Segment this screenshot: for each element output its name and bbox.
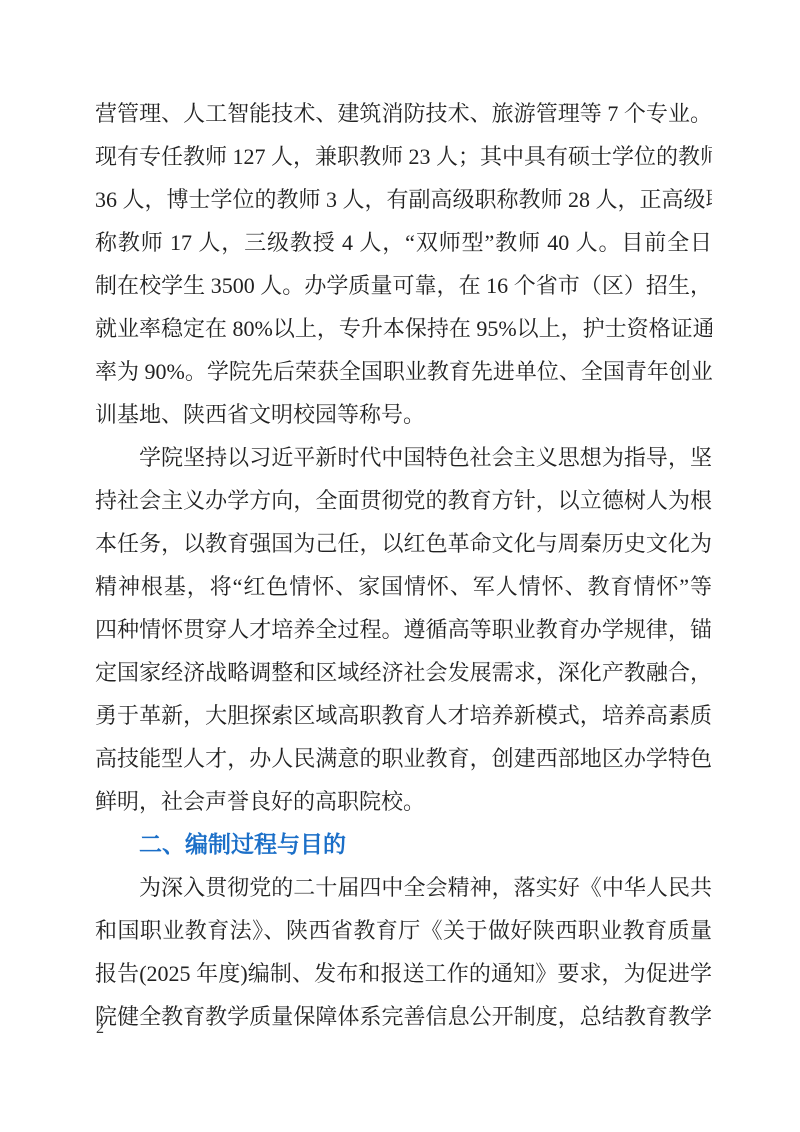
page-number: 2	[96, 1019, 104, 1039]
text-line: 院健全教育教学质量保障体系完善信息公开制度，总结教育教学	[95, 995, 712, 1038]
text-line: 高技能型人才，办人民满意的职业教育，创建西部地区办学特色	[95, 737, 712, 780]
document-page: 营管理、人工智能技术、建筑消防技术、旅游管理等 7 个专业。 现有专任教师 12…	[0, 0, 800, 1132]
text-line: 就业率稳定在 80%以上，专升本保持在 95%以上，护士资格证通过	[95, 307, 712, 350]
text-line: 四种情怀贯穿人才培养全过程。遵循高等职业教育办学规律，锚	[95, 608, 712, 651]
text-line: 称教师 17 人，三级教授 4 人，“双师型”教师 40 人。目前全日	[95, 221, 712, 264]
text-line: 营管理、人工智能技术、建筑消防技术、旅游管理等 7 个专业。	[95, 92, 712, 135]
text-line: 为深入贯彻党的二十届四中全会精神，落实好《中华人民共	[95, 866, 712, 909]
text-line: 勇于革新，大胆探索区域高职教育人才培养新模式，培养高素质	[95, 694, 712, 737]
paragraph-compilation-purpose: 为深入贯彻党的二十届四中全会精神，落实好《中华人民共 和国职业教育法》、陕西省教…	[95, 866, 712, 1038]
text-line: 精神根基，将“红色情怀、家国情怀、军人情怀、教育情怀”等	[95, 565, 712, 608]
text-line: 持社会主义办学方向，全面贯彻党的教育方针，以立德树人为根	[95, 479, 712, 522]
text-line: 定国家经济战略调整和区域经济社会发展需求，深化产教融合，	[95, 651, 712, 694]
text-line: 36 人，博士学位的教师 3 人，有副高级职称教师 28 人，正高级职	[95, 178, 712, 221]
page-content: 营管理、人工智能技术、建筑消防技术、旅游管理等 7 个专业。 现有专任教师 12…	[95, 92, 712, 1038]
paragraph-guiding-ideology: 学院坚持以习近平新时代中国特色社会主义思想为指导，坚 持社会主义办学方向，全面贯…	[95, 436, 712, 823]
text-line: 鲜明，社会声誉良好的高职院校。	[95, 780, 712, 823]
text-line: 制在校学生 3500 人。办学质量可靠，在 16 个省市（区）招生，	[95, 264, 712, 307]
text-line: 报告(2025 年度)编制、发布和报送工作的通知》要求，为促进学	[95, 952, 712, 995]
text-line: 训基地、陕西省文明校园等称号。	[95, 393, 712, 436]
paragraph-school-overview: 营管理、人工智能技术、建筑消防技术、旅游管理等 7 个专业。 现有专任教师 12…	[95, 92, 712, 436]
text-line: 学院坚持以习近平新时代中国特色社会主义思想为指导，坚	[95, 436, 712, 479]
text-line: 和国职业教育法》、陕西省教育厅《关于做好陕西职业教育质量	[95, 909, 712, 952]
section-heading: 二、编制过程与目的	[95, 823, 712, 866]
text-line: 本任务，以教育强国为己任，以红色革命文化与周秦历史文化为	[95, 522, 712, 565]
text-line: 率为 90%。学院先后荣获全国职业教育先进单位、全国青年创业培	[95, 350, 712, 393]
text-line: 现有专任教师 127 人，兼职教师 23 人；其中具有硕士学位的教师	[95, 135, 712, 178]
